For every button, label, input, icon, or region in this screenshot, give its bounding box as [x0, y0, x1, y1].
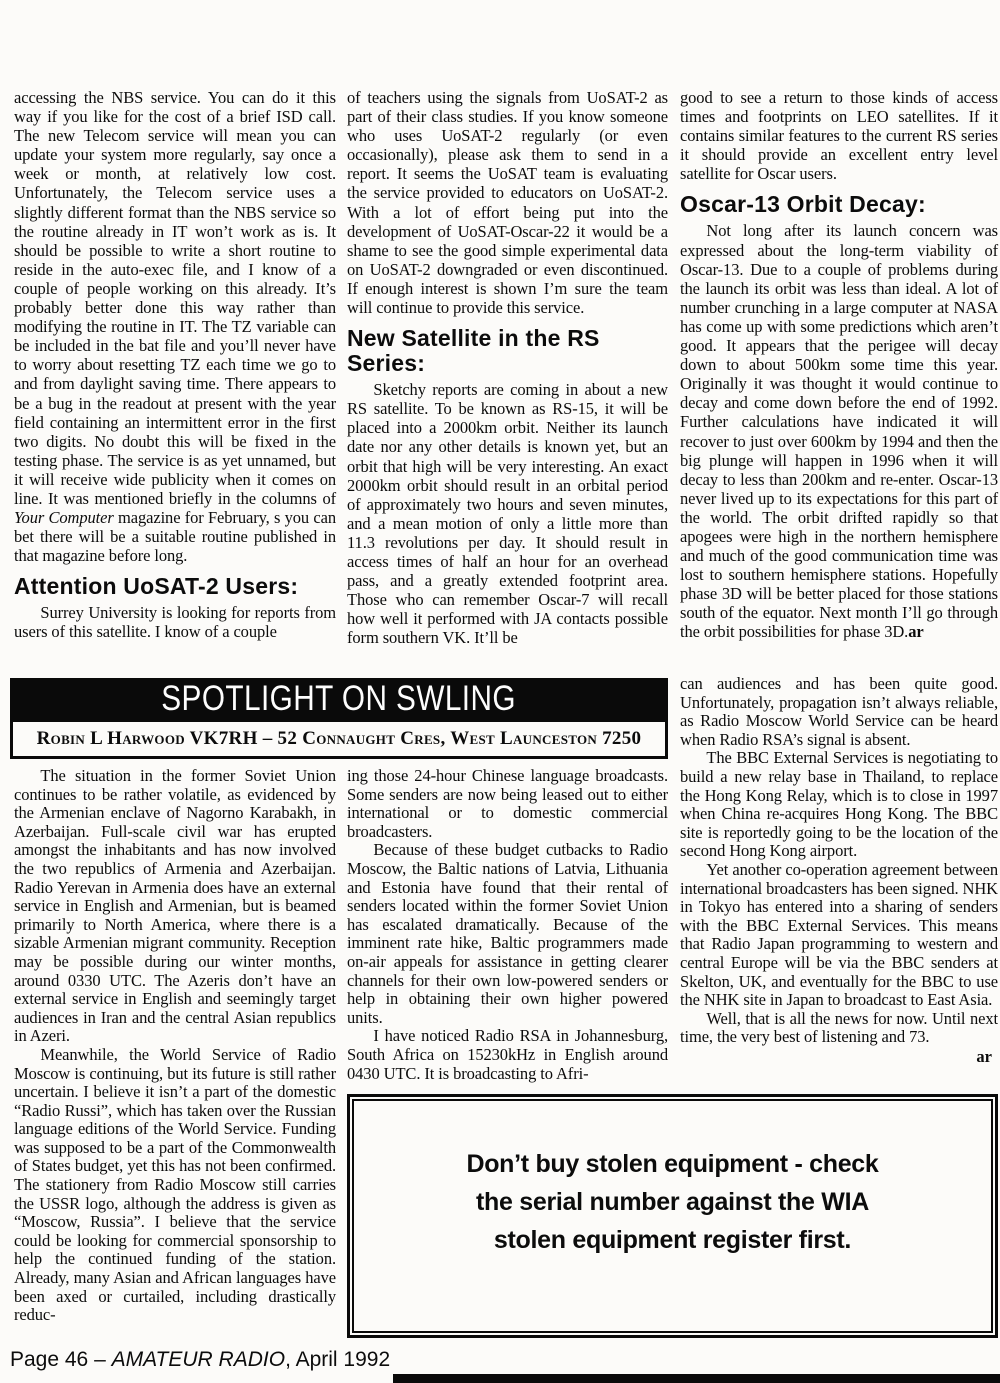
column-signoff: ar [908, 622, 923, 641]
top-column-2: of teachers using the signals from UoSAT… [347, 88, 668, 647]
paragraph: The situation in the former Soviet Union… [14, 767, 336, 1046]
notice-inner-border: Don’t buy stolen equipment - check the s… [352, 1099, 993, 1333]
top-column-1: accessing the NBS service. You can do it… [14, 88, 336, 642]
paragraph: ing those 24-hour Chinese language broad… [347, 767, 668, 841]
magazine-name-italic: Your Computer [14, 508, 114, 527]
paragraph: Yet another co-operation agreement betwe… [680, 861, 998, 1010]
section-heading-new-satellite: New Satellite in the RS Series: [347, 326, 668, 376]
paragraph: Because of these budget cutbacks to Radi… [347, 841, 668, 1027]
lower-column-3: can audiences and has been quite good. U… [680, 675, 998, 1066]
section-heading-oscar13-decay: Oscar-13 Orbit Decay: [680, 192, 998, 217]
paragraph: accessing the NBS service. You can do it… [14, 88, 336, 565]
paragraph-text: accessing the NBS service. You can do it… [14, 88, 336, 508]
paragraph: Surrey University is looking for reports… [14, 603, 336, 641]
notice-text-line: Don’t buy stolen equipment - check [466, 1145, 878, 1183]
paragraph: good to see a return to those kinds of a… [680, 88, 998, 183]
page-footer: Page 46 – AMATEUR RADIO, April 1992 [10, 1348, 390, 1372]
stolen-equipment-notice-box: Don’t buy stolen equipment - check the s… [347, 1094, 998, 1338]
lower-column-1: The situation in the former Soviet Union… [14, 767, 336, 1325]
footer-date: , April 1992 [285, 1348, 390, 1371]
top-column-3: good to see a return to those kinds of a… [680, 88, 998, 642]
paragraph: I have noticed Radio RSA in Johannesburg… [347, 1027, 668, 1083]
paragraph: of teachers using the signals from UoSAT… [347, 88, 668, 317]
paragraph-text: Not long after its launch concern was ex… [680, 221, 998, 641]
bottom-rule [393, 1374, 1000, 1383]
spotlight-banner: SPOTLIGHT ON SWLING [10, 678, 668, 719]
notice-text-line: stolen equipment register first. [494, 1221, 851, 1259]
author-byline: Robin L Harwood VK7RH – 52 Connaught Cre… [10, 719, 668, 759]
paragraph: can audiences and has been quite good. U… [680, 675, 998, 749]
footer-page-number: Page 46 – [10, 1348, 112, 1371]
lower-column-2: ing those 24-hour Chinese language broad… [347, 767, 668, 1083]
paragraph: Not long after its launch concern was ex… [680, 221, 998, 641]
magazine-page: accessing the NBS service. You can do it… [0, 0, 1000, 1383]
spotlight-banner-title: SPOTLIGHT ON SWLING [162, 679, 517, 719]
column-signoff: ar [680, 1047, 998, 1066]
paragraph: Meanwhile, the World Service of Radio Mo… [14, 1046, 336, 1325]
notice-text-line: the serial number against the WIA [476, 1183, 869, 1221]
footer-magazine-title: AMATEUR RADIO [112, 1348, 285, 1371]
paragraph: Well, that is all the news for now. Unti… [680, 1010, 998, 1047]
author-byline-text: Robin L Harwood VK7RH – 52 Connaught Cre… [37, 728, 642, 750]
paragraph: Sketchy reports are coming in about a ne… [347, 380, 668, 647]
section-heading-attention-uosat2: Attention UoSAT-2 Users: [14, 574, 336, 599]
paragraph: The BBC External Services is negotiating… [680, 749, 998, 861]
